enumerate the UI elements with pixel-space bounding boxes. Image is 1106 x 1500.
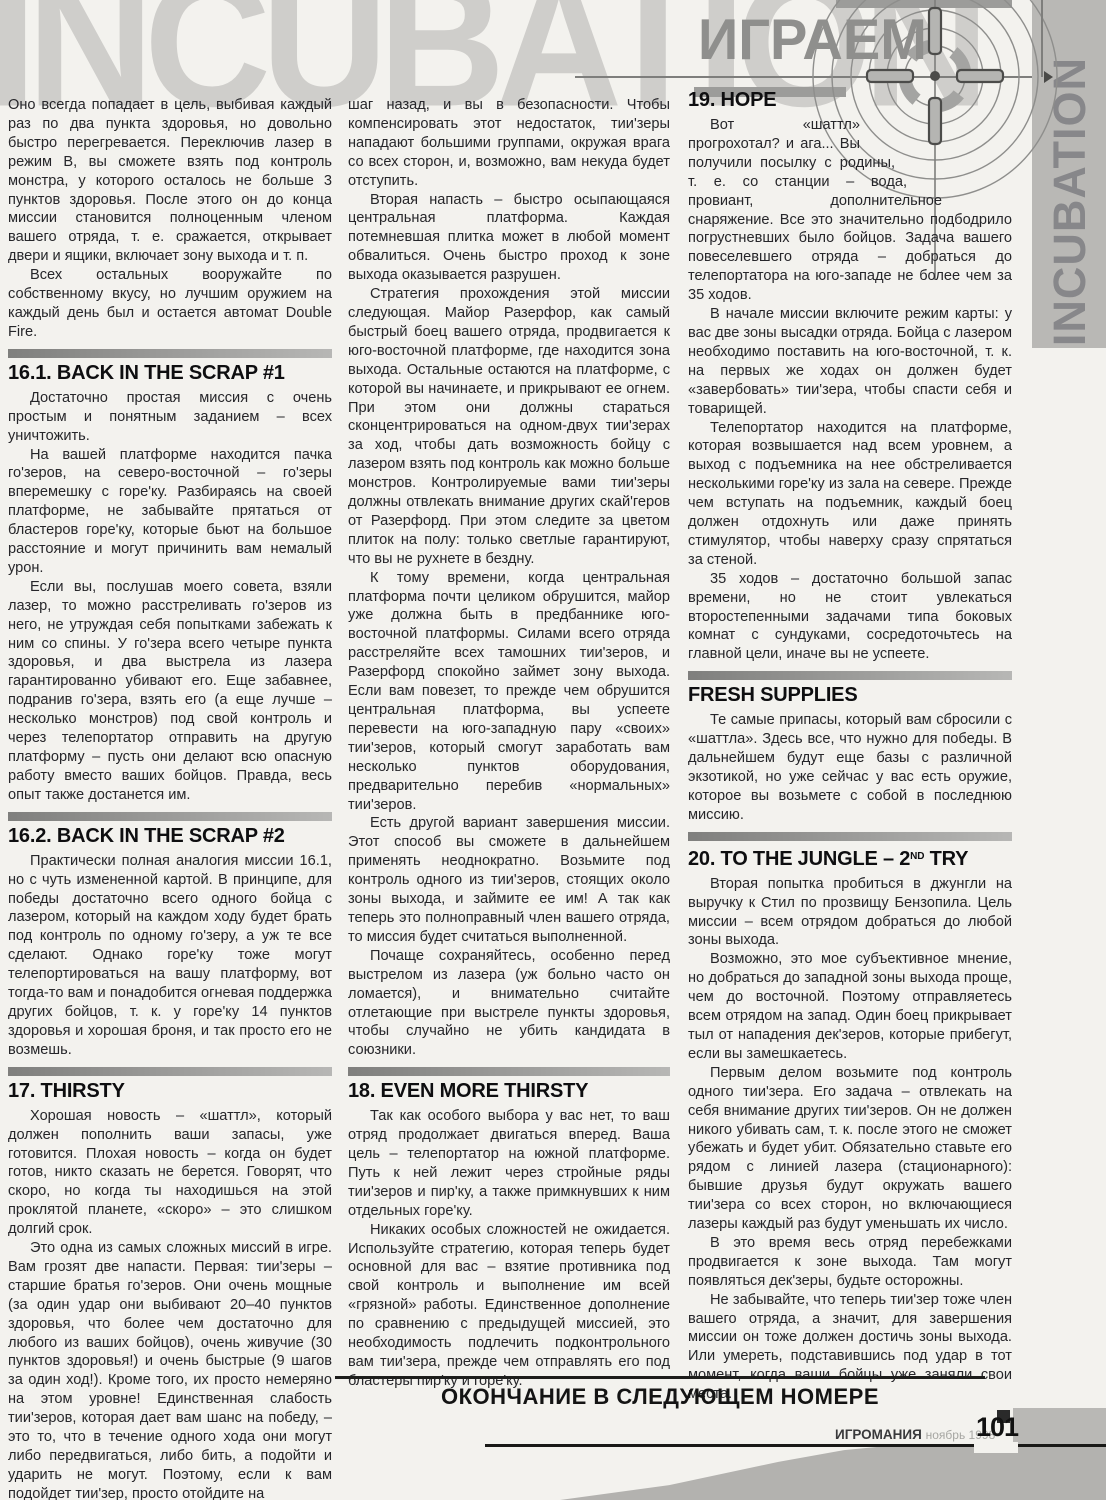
paragraph: 35 ходов – достаточно большой запас врем… bbox=[688, 570, 1012, 665]
section-title-superscript: ND bbox=[910, 851, 924, 862]
magazine-name: ИГРОМАНИЯ bbox=[835, 1427, 922, 1442]
paragraph: Вторая попытка пробиться в джунгли на вы… bbox=[688, 875, 1012, 951]
paragraph: Это одна из самых сложных миссий в игре.… bbox=[8, 1239, 332, 1500]
footer-gray-block-top bbox=[1013, 1408, 1106, 1444]
paragraph: шаг назад, и вы в безопасности. Чтобы ко… bbox=[348, 96, 670, 191]
section-title: 18. EVEN MORE THIRSTY bbox=[348, 1079, 670, 1104]
paragraph: Практически полная аналогия миссии 16.1,… bbox=[8, 852, 332, 1060]
column-1: Оно всегда попадает в цель, выбивая кажд… bbox=[8, 96, 332, 1500]
section-title: 20. TO THE JUNGLE – 2ND TRY bbox=[688, 844, 1012, 872]
paragraph: На вашей платформе находится пачка го'зе… bbox=[8, 446, 332, 578]
paragraph: Телепортатор находится на платформе, кот… bbox=[688, 419, 1012, 570]
footer-gray-block-bottom bbox=[560, 1447, 1106, 1500]
section-bar bbox=[348, 1067, 670, 1076]
crosshair-text-wrap-spacer bbox=[895, 136, 1012, 156]
paragraph: Так как особого выбора у вас нет, то ваш… bbox=[348, 1107, 670, 1220]
section-title: 17. THIRSTY bbox=[8, 1079, 332, 1104]
paragraph: К тому времени, когда центральная платфо… bbox=[348, 569, 670, 815]
section-16-2: 16.2. BACK IN THE SCRAP #2 Практически п… bbox=[8, 812, 332, 1060]
continuation-notice: ОКОНЧАНИЕ В СЛЕДУЮЩЕМ НОМЕРЕ bbox=[335, 1384, 985, 1410]
paragraph: Если вы, послушав моего совета, взяли ла… bbox=[8, 578, 332, 805]
paragraph: Почаще сохраняйтесь, особенно перед выст… bbox=[348, 947, 670, 1060]
crosshair-text-wrap-spacer bbox=[907, 156, 1012, 176]
paragraph: Вторая напасть – быстро осыпающаяся цент… bbox=[348, 191, 670, 286]
magazine-page: INCUBATION ИГРАЕМ INCUBATION Оно всегда … bbox=[0, 0, 1106, 1500]
paragraph: Стратегия прохождения этой миссии следую… bbox=[348, 285, 670, 569]
section-18: 18. EVEN MORE THIRSTY Так как особого вы… bbox=[348, 1067, 670, 1391]
continuation-rule bbox=[335, 1376, 985, 1379]
paragraph: В начале миссии включите режим карты: у … bbox=[688, 305, 1012, 418]
header-vertical-rule bbox=[1041, 0, 1043, 77]
section-title: 16.1. BACK IN THE SCRAP #1 bbox=[8, 361, 332, 386]
paragraph: Есть другой вариант завершения миссии. Э… bbox=[348, 814, 670, 946]
footer-page-notch bbox=[974, 1442, 1018, 1453]
section-bar bbox=[688, 832, 1012, 841]
footer-magazine-info: ИГРОМАНИЯ ноябрь 1998 bbox=[835, 1427, 995, 1442]
section-title-text: TRY bbox=[924, 848, 968, 870]
section-17: 17. THIRSTY Хорошая новость – «шаттл», к… bbox=[8, 1067, 332, 1500]
section-title-text: 20. TO THE JUNGLE – 2 bbox=[688, 848, 910, 870]
section-bar bbox=[8, 349, 332, 358]
paragraph: Никаких особых сложностей не ожидается. … bbox=[348, 1221, 670, 1391]
section-bar bbox=[8, 812, 332, 821]
paragraph: Всех остальных вооружайте по собственном… bbox=[8, 266, 332, 342]
section-20: 20. TO THE JUNGLE – 2ND TRY Вторая попыт… bbox=[688, 832, 1012, 1423]
paragraph: Первым делом возьмите под контроль одног… bbox=[688, 1064, 1012, 1234]
crosshair-text-wrap-spacer bbox=[942, 176, 1012, 196]
section-19: 19. HOPE Вот «шаттл» прогрохотал? и ага.… bbox=[688, 88, 1012, 664]
crosshair-text-wrap-spacer bbox=[860, 116, 1012, 136]
paragraph: Возможно, это мое субъективное мнение, н… bbox=[688, 950, 1012, 1063]
section-title: 19. HOPE bbox=[688, 88, 1012, 113]
section-bar bbox=[8, 1067, 332, 1076]
section-title: FRESH SUPPLIES bbox=[688, 683, 1012, 708]
paragraph: Оно всегда попадает в цель, выбивая кажд… bbox=[8, 96, 332, 266]
column-3: 19. HOPE Вот «шаттл» прогрохотал? и ага.… bbox=[688, 88, 1012, 1423]
paragraph: Хорошая новость – «шаттл», который долже… bbox=[8, 1107, 332, 1239]
column-2: шаг назад, и вы в безопасности. Чтобы ко… bbox=[348, 96, 670, 1391]
section-bar bbox=[688, 671, 1012, 680]
paragraph: В это время весь отряд перебежками продв… bbox=[688, 1234, 1012, 1291]
section-fresh-supplies: FRESH SUPPLIES Те самые припасы, который… bbox=[688, 671, 1012, 824]
rubric-title: ИГРАЕМ bbox=[698, 6, 927, 72]
section-16-1: 16.1. BACK IN THE SCRAP #1 Достаточно пр… bbox=[8, 349, 332, 805]
paragraph: Достаточно простая миссия с очень просты… bbox=[8, 389, 332, 446]
paragraph: Те самые припасы, который вам сбросили с… bbox=[688, 711, 1012, 824]
section-title: 16.2. BACK IN THE SCRAP #2 bbox=[8, 824, 332, 849]
rule-arrowhead bbox=[1044, 71, 1053, 83]
page-number: 101 bbox=[976, 1412, 1018, 1443]
